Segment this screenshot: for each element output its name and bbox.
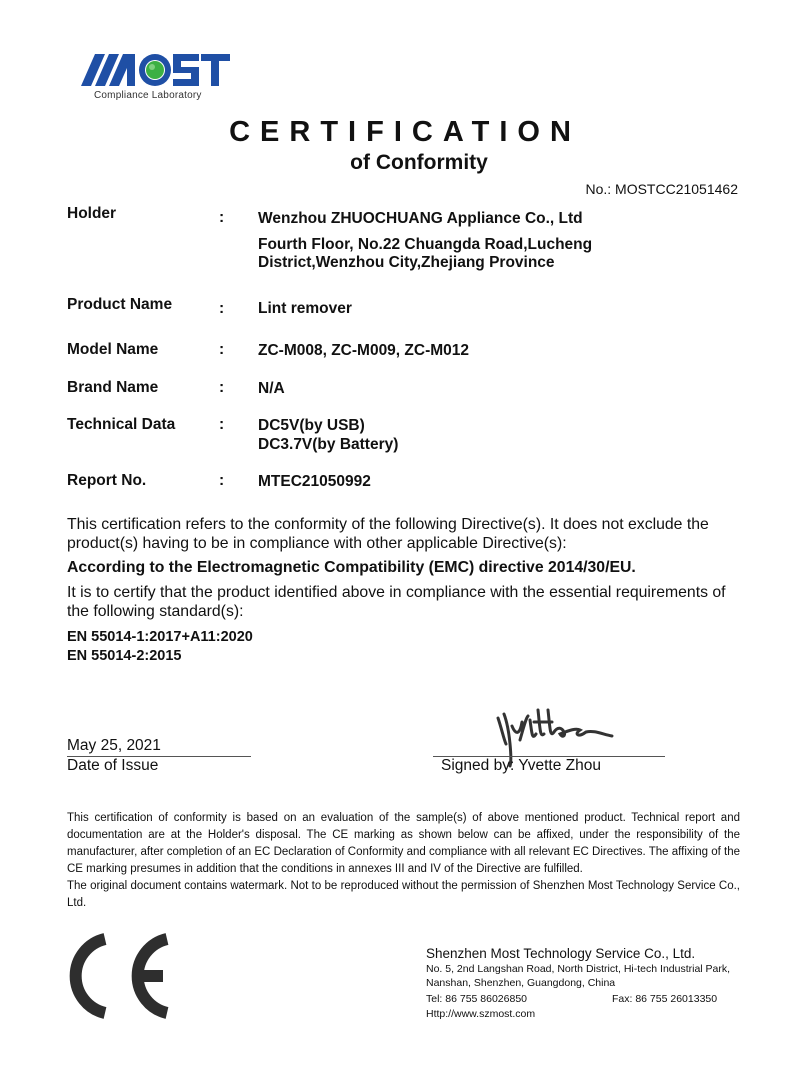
holder-name: Wenzhou ZHUOCHUANG Appliance Co., Ltd (258, 209, 583, 228)
field-colon: : (219, 472, 224, 490)
report-no-value: MTEC21050992 (258, 472, 371, 491)
field-label: Report No. (67, 472, 146, 490)
field-colon: : (219, 416, 224, 434)
standard-1: EN 55014-1:2017+A11:2020 (67, 628, 747, 647)
logo-tagline: Compliance Laboratory (94, 90, 202, 101)
company-name: Shenzhen Most Technology Service Co., Lt… (426, 946, 756, 961)
footer-note-paragraph-1: This certification of conformity is base… (67, 810, 740, 878)
company-fax: Fax: 86 755 26013350 (612, 993, 717, 1005)
document-subtitle: of Conformity (0, 151, 800, 175)
directive-statement: According to the Electromagnetic Compati… (67, 558, 747, 577)
issue-date: May 25, 2021 (67, 737, 161, 755)
company-contacts: Tel: 86 755 86026850 Fax: 86 755 2601335… (426, 993, 756, 1007)
date-of-issue-label: Date of Issue (67, 757, 158, 775)
brand-name-value: N/A (258, 379, 285, 398)
directive-intro: This certification refers to the conform… (67, 515, 747, 553)
technical-data-line1: DC5V(by USB) (258, 416, 365, 435)
ce-mark-icon (63, 933, 173, 1019)
company-website[interactable]: Http://www.szmost.com (426, 1008, 756, 1020)
holder-address-line1: Fourth Floor, No.22 Chuangda Road,Luchen… (258, 235, 592, 254)
field-colon: : (219, 379, 224, 397)
company-tel: Tel: 86 755 86026850 (426, 993, 527, 1005)
company-address-line1: No. 5, 2nd Langshan Road, North District… (426, 962, 756, 976)
technical-data-line2: DC3.7V(by Battery) (258, 435, 398, 454)
field-label: Product Name (67, 296, 172, 314)
most-logo-icon (81, 50, 231, 90)
certificate-number: No.: MOSTCC21051462 (585, 181, 738, 197)
field-colon: : (219, 209, 224, 227)
field-label: Technical Data (67, 416, 175, 434)
certify-statement: It is to certify that the product identi… (67, 583, 747, 621)
product-name-value: Lint remover (258, 299, 352, 318)
signed-by: Signed by: Yvette Zhou (441, 757, 601, 775)
footer-note-paragraph-2: The original document contains watermark… (67, 878, 740, 912)
field-label: Holder (67, 205, 116, 223)
company-address-line2: Nanshan, Shenzhen, Guangdong, China (426, 976, 756, 990)
field-label: Model Name (67, 341, 158, 359)
company-info: Shenzhen Most Technology Service Co., Lt… (426, 946, 756, 1020)
field-colon: : (219, 341, 224, 359)
field-colon: : (219, 300, 224, 318)
field-label: Brand Name (67, 379, 158, 397)
holder-address-line2: District,Wenzhou City,Zhejiang Province (258, 253, 555, 272)
footer-note: This certification of conformity is base… (67, 810, 740, 912)
most-logo: Compliance Laboratory (81, 50, 231, 102)
document-title: CERTIFICATION (0, 116, 800, 149)
standard-2: EN 55014-2:2015 (67, 647, 747, 666)
model-name-value: ZC-M008, ZC-M009, ZC-M012 (258, 341, 469, 360)
